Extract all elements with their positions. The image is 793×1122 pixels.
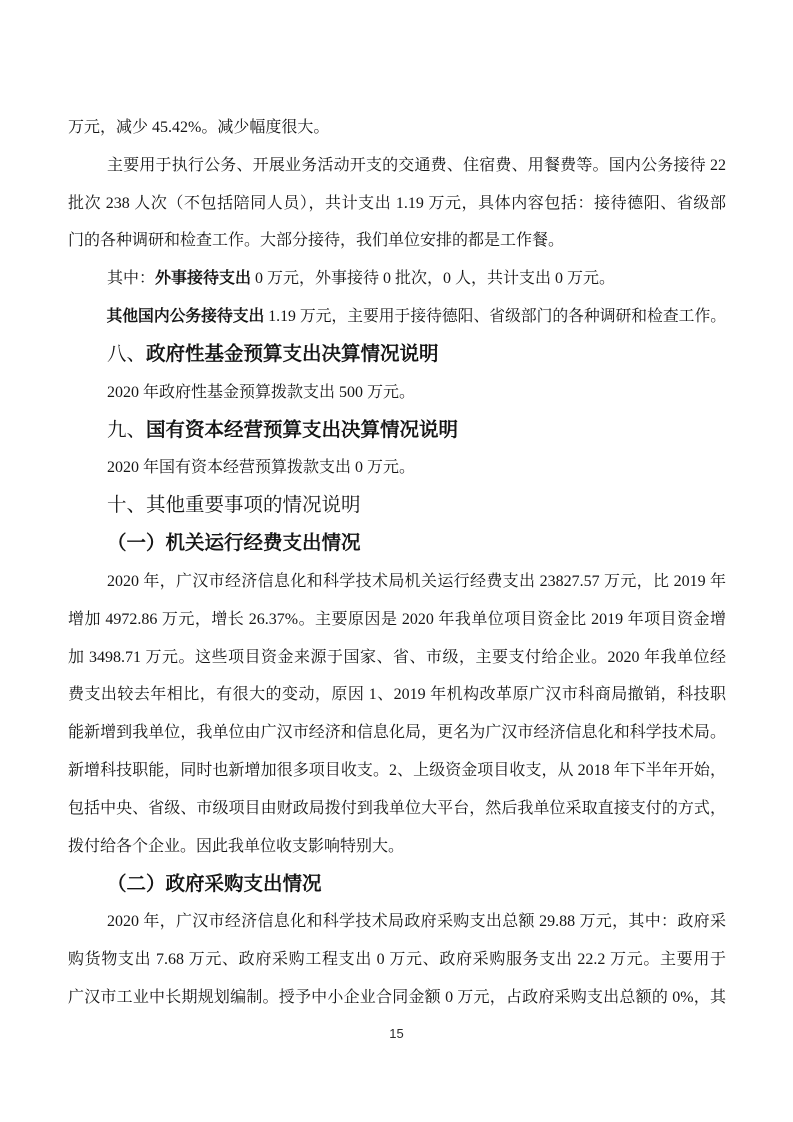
text-run: 其中： bbox=[107, 270, 155, 287]
text-line: 八、政府性基金预算支出决算情况说明 bbox=[68, 336, 726, 374]
text-line: 加 3498.71 万元。这些项目资金来源于国家、省、市级，主要支付给企业。20… bbox=[68, 639, 726, 677]
text-line: 其他国内公务接待支出 1.19 万元，主要用于接待德阳、省级部门的各种调研和检查… bbox=[68, 298, 717, 336]
text-run: 万元，减少 45.42%。减少幅度很大。 bbox=[68, 119, 329, 136]
text-run: 八、 bbox=[107, 344, 146, 365]
text-run: 加 3498.71 万元。这些项目资金来源于国家、省、市级，主要支付给企业。20… bbox=[68, 649, 726, 666]
text-run: 2020 年，广汉市经济信息化和科学技术局机关运行经费支出 23827.57 万… bbox=[107, 573, 726, 590]
text-run: 0 万元，外事接待 0 批次，0 人，共计支出 0 万元。 bbox=[251, 270, 615, 287]
text-run: 其他国内公务接待支出 bbox=[106, 308, 264, 325]
text-line: 主要用于执行公务、开展业务活动开支的交通费、住宿费、用餐费等。国内公务接待 22 bbox=[68, 147, 726, 185]
text-run: 费支出较去年相比，有很大的变动，原因 1、2019 年机构改革原广汉市科商局撤销… bbox=[68, 686, 726, 703]
text-line: 九、国有资本经营预算支出决算情况说明 bbox=[68, 412, 726, 450]
text-run: 外事接待支出 bbox=[155, 270, 251, 287]
text-line: （一）机关运行经费支出情况 bbox=[68, 525, 726, 563]
text-line: 2020 年国有资本经营预算拨款支出 0 万元。 bbox=[68, 449, 726, 487]
text-run: 新增科技职能，同时也新增加很多项目收支。2、上级资金项目收支，从 2018 年下… bbox=[68, 762, 726, 779]
text-line: 费支出较去年相比，有很大的变动，原因 1、2019 年机构改革原广汉市科商局撤销… bbox=[68, 676, 726, 714]
text-run: （一）机关运行经费支出情况 bbox=[107, 533, 361, 554]
text-run: 九、 bbox=[107, 420, 146, 441]
text-line: 批次 238 人次（不包括陪同人员），共计支出 1.19 万元，具体内容包括：接… bbox=[68, 185, 726, 223]
text-line: 广汉市工业中长期规划编制。授予中小企业合同金额 0 万元，占政府采购支出总额的 … bbox=[68, 979, 726, 1017]
text-run: 十、其他重要事项的情况说明 bbox=[107, 495, 361, 516]
text-line: 2020 年，广汉市经济信息化和科学技术局机关运行经费支出 23827.57 万… bbox=[68, 563, 726, 601]
document-page: 万元，减少 45.42%。减少幅度很大。主要用于执行公务、开展业务活动开支的交通… bbox=[0, 0, 793, 1122]
text-run: 门的各种调研和检查工作。大部分接待，我们单位安排的都是工作餐。 bbox=[68, 232, 564, 249]
page-number: 15 bbox=[0, 1026, 793, 1041]
text-run: 主要用于执行公务、开展业务活动开支的交通费、住宿费、用餐费等。国内公务接待 22 bbox=[107, 157, 726, 174]
text-line: （二）政府采购支出情况 bbox=[68, 866, 726, 904]
text-run: 2020 年政府性基金预算拨款支出 500 万元。 bbox=[107, 384, 415, 401]
text-run: 广汉市工业中长期规划编制。授予中小企业合同金额 0 万元，占政府采购支出总额的 … bbox=[68, 989, 726, 1006]
document-body: 万元，减少 45.42%。减少幅度很大。主要用于执行公务、开展业务活动开支的交通… bbox=[68, 109, 726, 1017]
text-line: 门的各种调研和检查工作。大部分接待，我们单位安排的都是工作餐。 bbox=[68, 222, 726, 260]
text-line: 新增科技职能，同时也新增加很多项目收支。2、上级资金项目收支，从 2018 年下… bbox=[68, 752, 726, 790]
text-run: 批次 238 人次（不包括陪同人员），共计支出 1.19 万元，具体内容包括：接… bbox=[68, 195, 726, 212]
text-run: 包括中央、省级、市级项目由财政局拨付到我单位大平台，然后我单位采取直接支付的方式… bbox=[68, 800, 726, 817]
text-line: 购货物支出 7.68 万元、政府采购工程支出 0 万元、政府采购服务支出 22.… bbox=[68, 941, 726, 979]
text-line: 十、其他重要事项的情况说明 bbox=[68, 487, 726, 525]
text-run: 购货物支出 7.68 万元、政府采购工程支出 0 万元、政府采购服务支出 22.… bbox=[68, 951, 726, 968]
text-run: 国有资本经营预算支出决算情况说明 bbox=[146, 420, 458, 441]
text-line: 包括中央、省级、市级项目由财政局拨付到我单位大平台，然后我单位采取直接支付的方式… bbox=[68, 790, 726, 828]
text-run: 政府性基金预算支出决算情况说明 bbox=[146, 344, 439, 365]
text-line: 2020 年政府性基金预算拨款支出 500 万元。 bbox=[68, 374, 726, 412]
text-line: 拨付给各个企业。因此我单位收支影响特别大。 bbox=[68, 828, 726, 866]
text-run: 能新增到我单位，我单位由广汉市经济和信息化局，更名为广汉市经济信息化和科学技术局… bbox=[68, 724, 726, 741]
text-line: 其中：外事接待支出 0 万元，外事接待 0 批次，0 人，共计支出 0 万元。 bbox=[68, 260, 726, 298]
text-run: 2020 年国有资本经营预算拨款支出 0 万元。 bbox=[107, 459, 415, 476]
text-run: 拨付给各个企业。因此我单位收支影响特别大。 bbox=[68, 838, 404, 855]
text-line: 增加 4972.86 万元，增长 26.37%。主要原因是 2020 年我单位项… bbox=[68, 601, 726, 639]
text-line: 万元，减少 45.42%。减少幅度很大。 bbox=[68, 109, 726, 147]
text-run: 2020 年，广汉市经济信息化和科学技术局政府采购支出总额 29.88 万元，其… bbox=[107, 913, 726, 930]
text-run: （二）政府采购支出情况 bbox=[107, 874, 322, 895]
text-line: 2020 年，广汉市经济信息化和科学技术局政府采购支出总额 29.88 万元，其… bbox=[68, 903, 726, 941]
text-line: 能新增到我单位，我单位由广汉市经济和信息化局，更名为广汉市经济信息化和科学技术局… bbox=[68, 714, 726, 752]
text-run: 1.19 万元，主要用于接待德阳、省级部门的各种调研和检查工作。 bbox=[264, 308, 726, 325]
text-run: 增加 4972.86 万元，增长 26.37%。主要原因是 2020 年我单位项… bbox=[68, 611, 726, 628]
